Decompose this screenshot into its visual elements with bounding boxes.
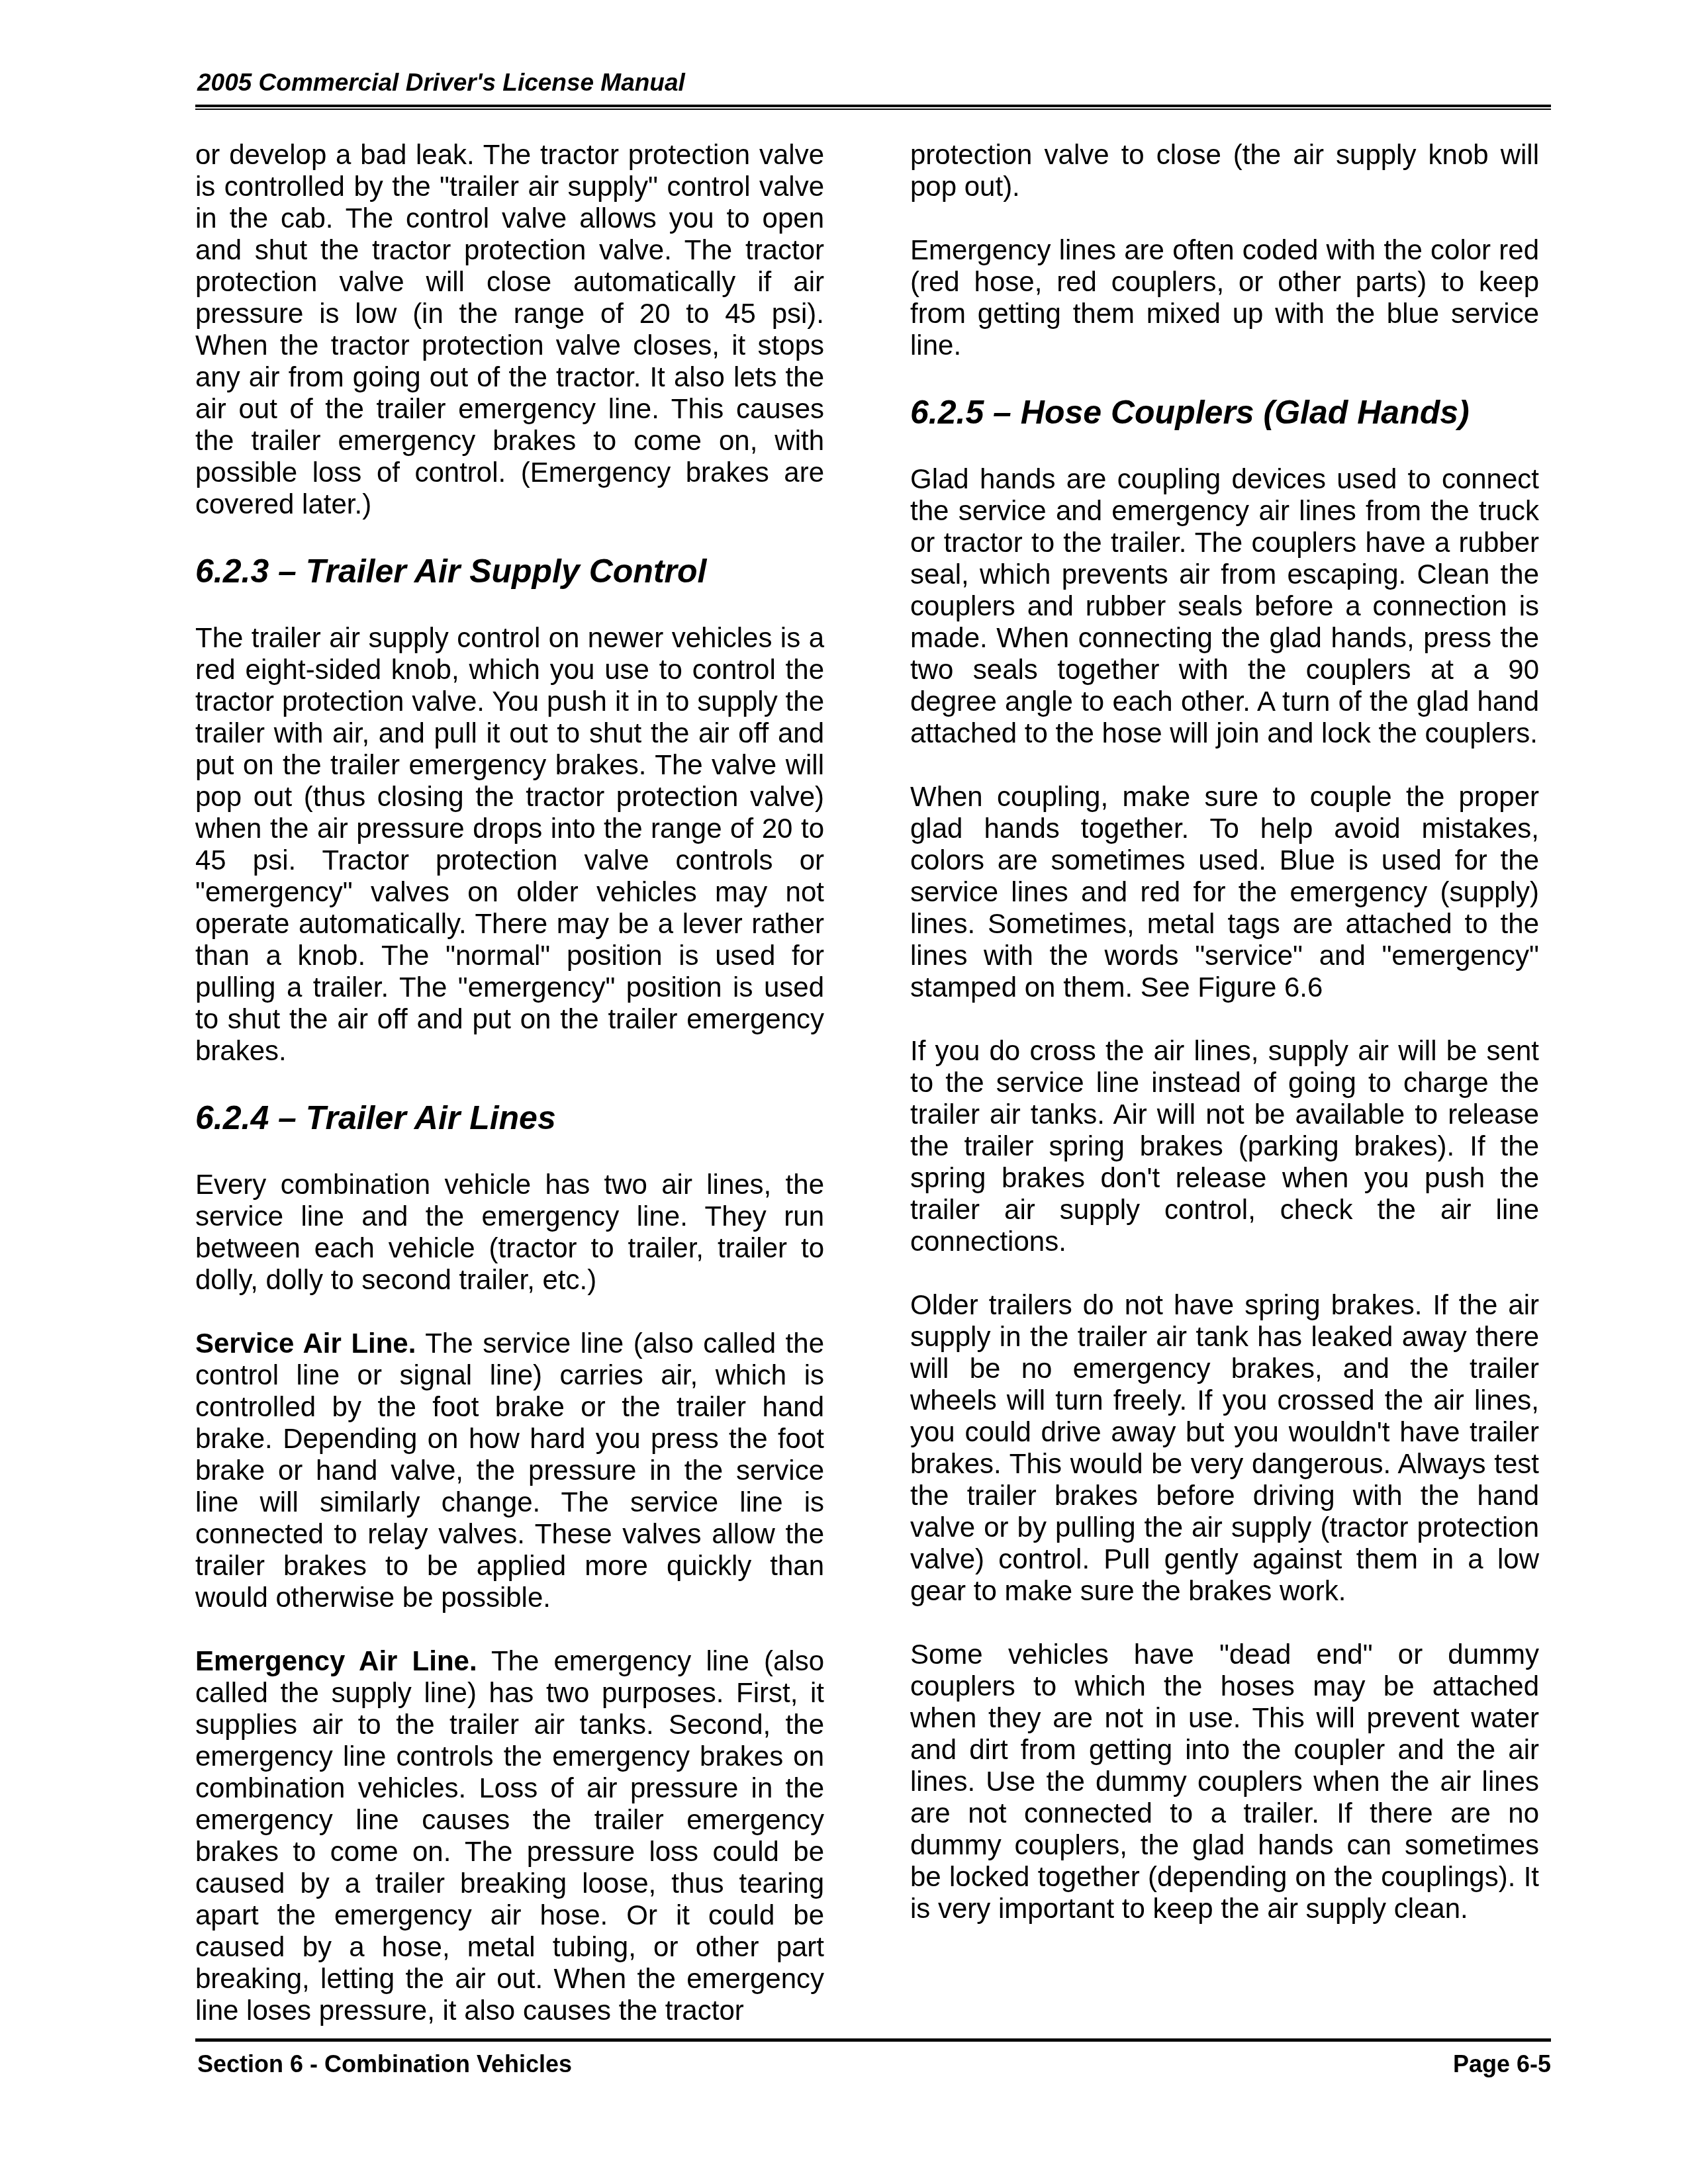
page-header-title: 2005 Commercial Driver's License Manual	[197, 68, 685, 98]
paragraph-lead: Emergency Air Line.	[195, 1645, 477, 1676]
paragraph: protection valve to close (the air suppl…	[910, 139, 1539, 203]
section-heading: 6.2.3 – Trailer Air Supply Control	[195, 552, 824, 590]
paragraph-text: The emergency line (also called the supp…	[195, 1645, 824, 2026]
section-heading: 6.2.5 – Hose Couplers (Glad Hands)	[910, 393, 1539, 432]
footer-section-label: Section 6 - Combination Vehicles	[197, 2050, 572, 2078]
paragraph: Emergency Air Line. The emergency line (…	[195, 1645, 824, 2026]
paragraph: Emergency lines are often coded with the…	[910, 234, 1539, 361]
paragraph: Older trailers do not have spring brakes…	[910, 1289, 1539, 1607]
paragraph: Some vehicles have "dead end" or dummy c…	[910, 1639, 1539, 1925]
paragraph-text: The service line (also called the contro…	[195, 1328, 824, 1613]
paragraph: Service Air Line. The service line (also…	[195, 1328, 824, 1614]
page-body: or develop a bad leak. The tractor prote…	[195, 139, 1546, 2058]
paragraph: Every combination vehicle has two air li…	[195, 1169, 824, 1296]
paragraph: When coupling, make sure to couple the p…	[910, 781, 1539, 1003]
paragraph: Glad hands are coupling devices used to …	[910, 463, 1539, 749]
column-left: or develop a bad leak. The tractor prote…	[195, 139, 824, 2058]
paragraph: The trailer air supply control on newer …	[195, 622, 824, 1067]
header-divider	[195, 105, 1551, 110]
paragraph: or develop a bad leak. The tractor prote…	[195, 139, 824, 520]
section-heading: 6.2.4 – Trailer Air Lines	[195, 1099, 824, 1137]
paragraph-lead: Service Air Line.	[195, 1328, 416, 1359]
document-page: 2005 Commercial Driver's License Manual …	[0, 0, 1688, 2184]
column-right: protection valve to close (the air suppl…	[910, 139, 1539, 2058]
paragraph: If you do cross the air lines, supply ai…	[910, 1035, 1539, 1257]
footer-divider	[195, 2038, 1551, 2042]
footer-page-number: Page 6-5	[1453, 2050, 1551, 2078]
